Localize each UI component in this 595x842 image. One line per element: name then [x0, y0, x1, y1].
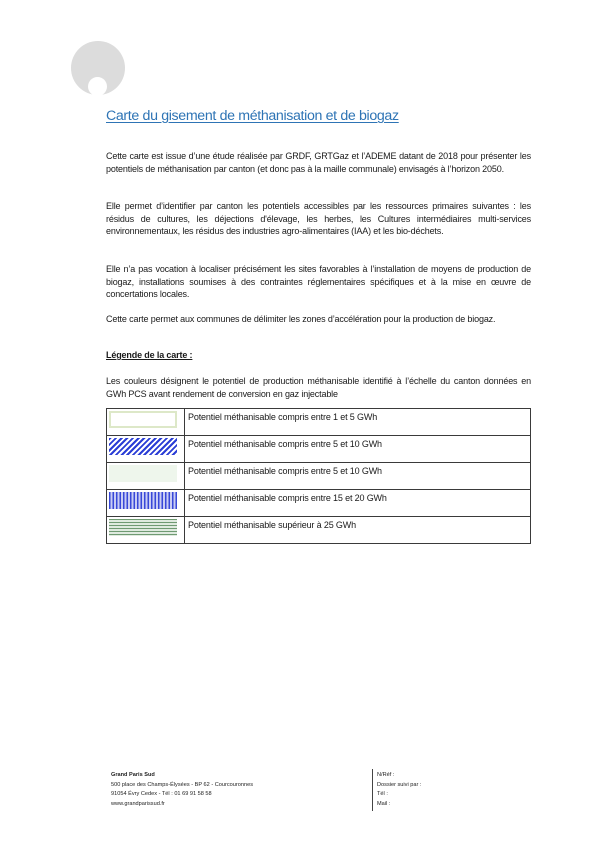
legend-row: Potentiel méthanisable compris entre 5 e… [107, 463, 531, 490]
legend-row: Potentiel méthanisable compris entre 5 e… [107, 436, 531, 463]
paragraph-limitations: Elle n’a pas vocation à localiser précis… [106, 263, 531, 301]
footer-address-line2: 91054 Évry Cedex - Tél : 01 69 91 58 58 [111, 790, 253, 800]
footer-mail-label: Mail : [377, 800, 421, 810]
legend-heading: Légende de la carte : [106, 350, 192, 360]
swatch-blue-diagonal-hatch [109, 438, 177, 455]
legend-intro: Les couleurs désignent le potentiel de p… [106, 375, 531, 400]
footer-address-line1: 500 place des Champs-Élysées - BP 62 - C… [111, 781, 253, 791]
footer-organization: Grand Paris Sud [111, 771, 253, 781]
legend-label: Potentiel méthanisable compris entre 5 e… [185, 463, 531, 490]
legend-row: Potentiel méthanisable compris entre 1 e… [107, 409, 531, 436]
footer-ref-label: N/Réf : [377, 771, 421, 781]
logo-hole [88, 77, 107, 96]
footer-followed-by-label: Dossier suivi par : [377, 781, 421, 791]
paragraph-purpose: Cette carte permet aux communes de délim… [106, 313, 531, 326]
footer-divider [372, 769, 373, 811]
footer-reference-block: N/Réf : Dossier suivi par : Tél : Mail : [377, 771, 421, 809]
footer-address-block: Grand Paris Sud 500 place des Champs-Ély… [111, 771, 253, 809]
organization-logo-icon [71, 41, 125, 95]
legend-label: Potentiel méthanisable supérieur à 25 GW… [185, 517, 531, 544]
swatch-green-horizontal-stripes [109, 519, 177, 536]
paragraph-study-origin: Cette carte est issue d’une étude réalis… [106, 150, 531, 175]
legend-row: Potentiel méthanisable supérieur à 25 GW… [107, 517, 531, 544]
legend-label: Potentiel méthanisable compris entre 1 e… [185, 409, 531, 436]
legend-row: Potentiel méthanisable compris entre 15 … [107, 490, 531, 517]
footer-website: www.grandparissud.fr [111, 800, 253, 810]
swatch-blue-vertical-stripes [109, 492, 177, 509]
legend-table: Potentiel méthanisable compris entre 1 e… [106, 408, 531, 544]
legend-label: Potentiel méthanisable compris entre 15 … [185, 490, 531, 517]
paragraph-resources: Elle permet d’identifier par canton les … [106, 200, 531, 238]
swatch-pale-green-fill [109, 465, 177, 482]
legend-label: Potentiel méthanisable compris entre 5 e… [185, 436, 531, 463]
document-title: Carte du gisement de méthanisation et de… [106, 108, 399, 124]
footer-phone-label: Tél : [377, 790, 421, 800]
swatch-light-green-outline [109, 411, 177, 428]
